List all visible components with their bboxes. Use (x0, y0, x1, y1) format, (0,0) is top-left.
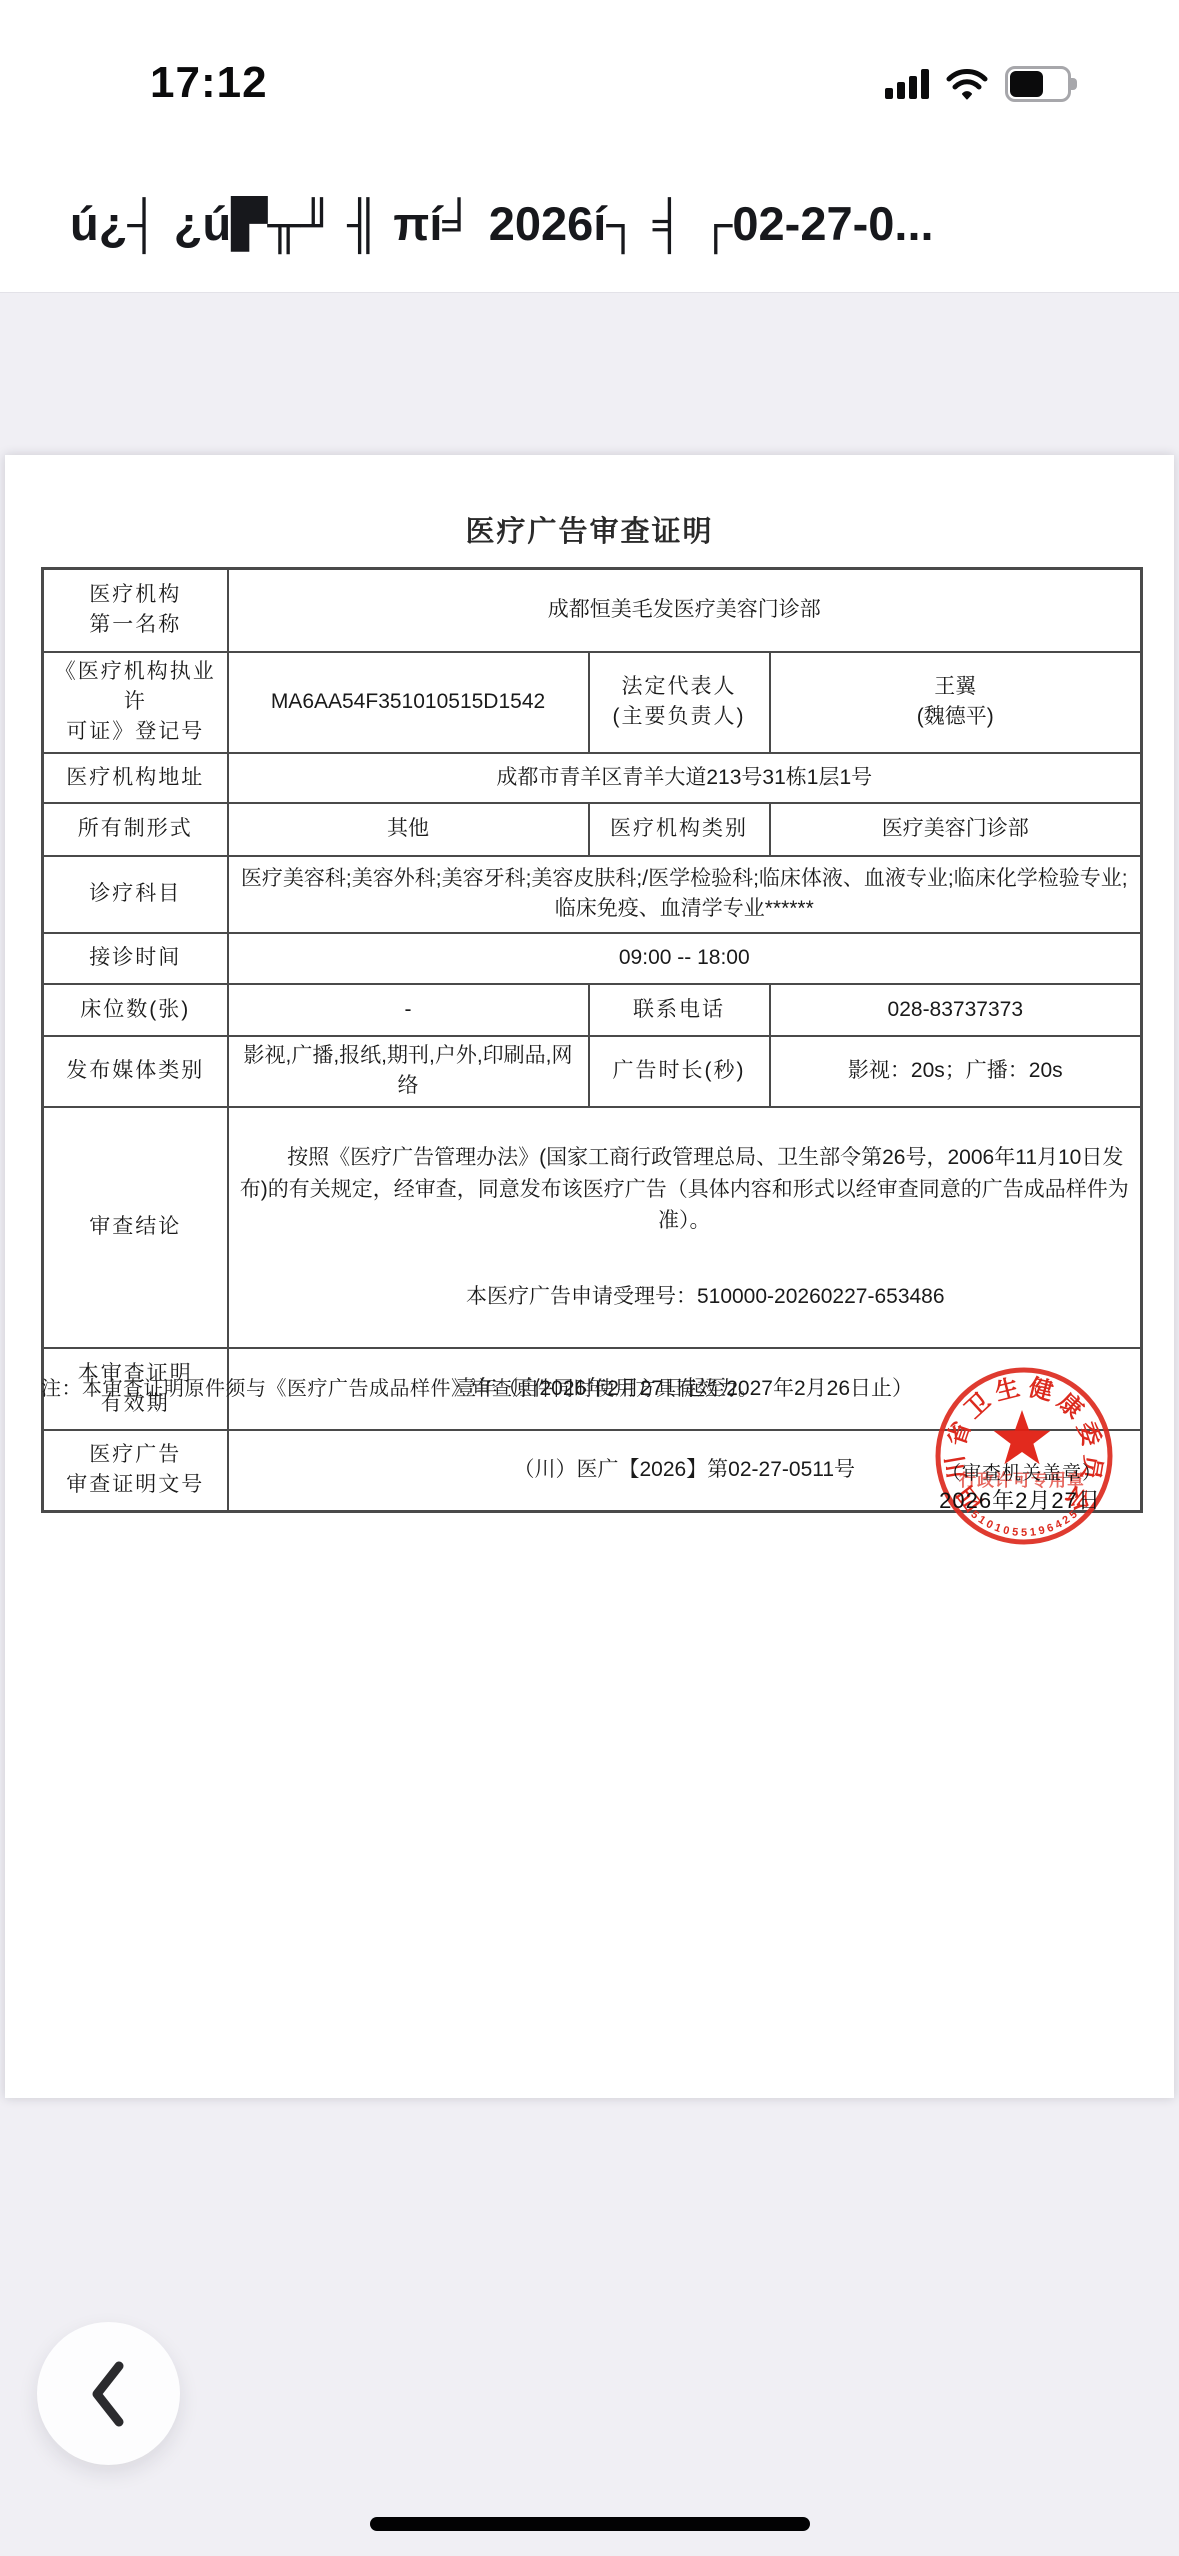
header-area: 17:12 ú¿┤ ¿ú▛╥╜ ╢ πí╛ 2026í┐ ╡ ┌02-27-0.… (0, 0, 1179, 293)
status-bar: 17:12 (0, 0, 1179, 130)
table-row: 《医疗机构执业许 可证》登记号 MA6AA54F351010515D1542 法… (43, 652, 1142, 753)
footnote: 注：本审查证明原件须与《医疗广告成品样件》审查原件同时使用方具有效力。 (41, 1372, 759, 1401)
row-label: 法定代表人 (主要负责人) (589, 652, 770, 753)
row-label: 发布媒体类别 (43, 1036, 228, 1107)
row-value: 其他 (228, 803, 589, 856)
row-label: 接诊时间 (43, 933, 228, 984)
row-label: 广告时长(秒) (589, 1036, 770, 1107)
row-label: 医疗广告 审查证明文号 (43, 1430, 228, 1511)
seal-star-icon (994, 1410, 1051, 1464)
row-value: - (228, 984, 589, 1036)
seal-date: 2026年2月27日 (870, 1484, 1170, 1515)
svg-text:1: 1 (993, 1522, 1003, 1535)
row-value: 09:00 -- 18:00 (228, 933, 1142, 984)
certificate-title: 医疗广告审查证明 (5, 509, 1174, 550)
table-row: 诊疗科目 医疗美容科;美容外科;美容牙科;美容皮肤科;/医学检验科;临床体液、血… (43, 856, 1142, 933)
row-value: 成都恒美毛发医疗美容门诊部 (228, 569, 1142, 652)
status-time: 17:12 (150, 58, 268, 108)
svg-text:0: 0 (1002, 1524, 1011, 1537)
table-row: 发布媒体类别 影视,广播,报纸,期刊,户外,印刷品,网络 广告时长(秒) 影视：… (43, 1036, 1142, 1107)
row-value: 王翼 (魏德平) (770, 652, 1142, 753)
document-viewer[interactable]: 医疗广告审查证明 医疗机构 第一名称 成都恒美毛发医疗美容门诊部 《医疗机构执业… (0, 293, 1179, 2556)
svg-text:9: 9 (1037, 1524, 1046, 1537)
table-row: 所有制形式 其他 医疗机构类别 医疗美容门诊部 (43, 803, 1142, 856)
table-row: 接诊时间 09:00 -- 18:00 (43, 933, 1142, 984)
table-row: 医疗机构地址 成都市青羊区青羊大道213号31栋1层1号 (43, 753, 1142, 803)
row-label: 诊疗科目 (43, 856, 228, 933)
row-label: 所有制形式 (43, 803, 228, 856)
svg-text:1: 1 (1029, 1526, 1036, 1539)
svg-text:委: 委 (1072, 1418, 1105, 1449)
row-label: 审查结论 (43, 1107, 228, 1348)
conclusion-paragraph: 按照《医疗广告管理办法》(国家工商行政管理总局、卫生部令第26号，2006年11… (237, 1142, 1133, 1237)
row-label: 联系电话 (589, 984, 770, 1036)
svg-text:生: 生 (992, 1374, 1022, 1406)
home-indicator[interactable] (370, 2517, 810, 2531)
table-row: 床位数(张) - 联系电话 028-83737373 (43, 984, 1142, 1036)
seal-caption: （审查机关盖章） (872, 1458, 1172, 1485)
row-value: 成都市青羊区青羊大道213号31栋1层1号 (228, 753, 1142, 803)
row-label: 床位数(张) (43, 984, 228, 1036)
back-button[interactable] (37, 2322, 180, 2465)
conclusion-paragraph: 本医疗广告申请受理号：510000-20260227-653486 (237, 1281, 1133, 1313)
battery-icon (1005, 66, 1079, 102)
row-value: 影视：20s；广播：20s (770, 1036, 1142, 1107)
cellular-signal-icon (885, 69, 929, 99)
row-value: 028-83737373 (770, 984, 1142, 1036)
wifi-icon (946, 68, 988, 100)
svg-text:省: 省 (943, 1418, 976, 1449)
row-label: 医疗机构地址 (43, 753, 228, 803)
document-filename: ú¿┤ ¿ú▛╥╜ ╢ πí╛ 2026í┐ ╡ ┌02-27-0... (70, 196, 1130, 266)
svg-text:5: 5 (1021, 1527, 1027, 1539)
svg-text:健: 健 (1025, 1374, 1056, 1406)
table-row: 审查结论 按照《医疗广告管理办法》(国家工商行政管理总局、卫生部令第26号，20… (43, 1107, 1142, 1348)
svg-text:5: 5 (1011, 1526, 1018, 1539)
chevron-left-icon (81, 2352, 137, 2436)
row-value: 医疗美容科;美容外科;美容牙科;美容皮肤科;/医学检验科;临床体液、血液专业;临… (228, 856, 1142, 933)
row-label: 医疗机构 第一名称 (43, 569, 228, 652)
row-value: 影视,广播,报纸,期刊,户外,印刷品,网络 (228, 1036, 589, 1107)
row-value: MA6AA54F351010515D1542 (228, 652, 589, 753)
row-value: 按照《医疗广告管理办法》(国家工商行政管理总局、卫生部令第26号，2006年11… (228, 1107, 1142, 1348)
row-label: 医疗机构类别 (589, 803, 770, 856)
row-value: 医疗美容门诊部 (770, 803, 1142, 856)
certificate-page: 医疗广告审查证明 医疗机构 第一名称 成都恒美毛发医疗美容门诊部 《医疗机构执业… (5, 455, 1174, 2098)
official-seal-stamp: 四川省卫生健康委员会 行政许可专用章 5101055196425 (924, 1356, 1124, 1556)
table-row: 医疗机构 第一名称 成都恒美毛发医疗美容门诊部 (43, 569, 1142, 652)
row-label: 《医疗机构执业许 可证》登记号 (43, 652, 228, 753)
